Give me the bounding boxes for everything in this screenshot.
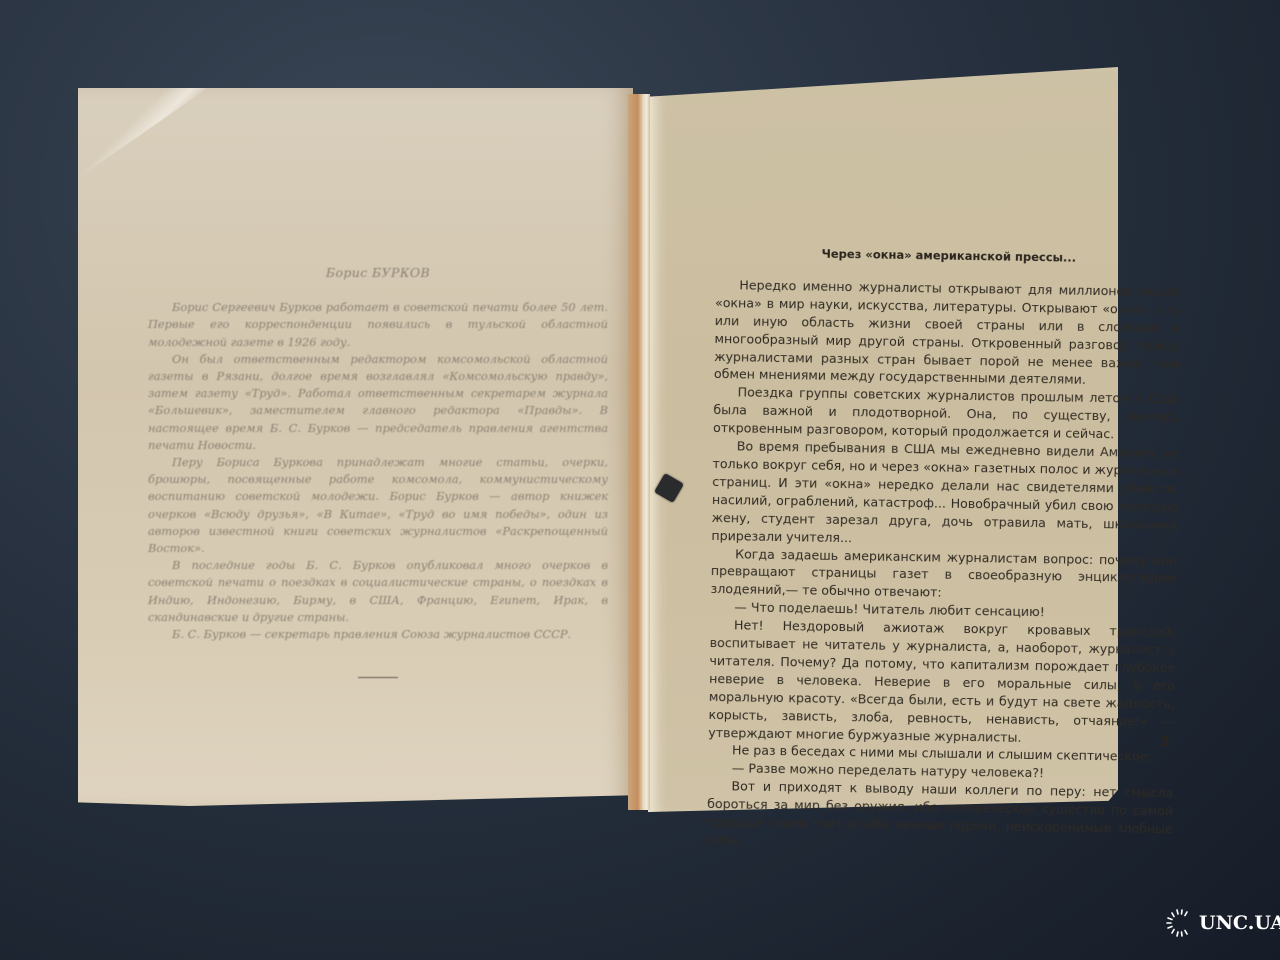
article-paragraph: Поездка группы советских журналистов про… <box>713 383 1180 444</box>
watermark-text: UNC.UA <box>1199 912 1280 934</box>
left-page-text: Борис БУРКОВ Борис Сергеевич Бурков рабо… <box>148 264 608 678</box>
watermark: UNC.UA <box>1165 905 1280 941</box>
article-paragraph: Нередко именно журналисты открывают для … <box>714 276 1182 391</box>
bio-paragraph: Он был ответственным редактором комсомол… <box>148 351 608 454</box>
page-number: 3 <box>1160 734 1170 750</box>
article-paragraph: Когда задаешь американским журналистам в… <box>710 544 1177 605</box>
bio-paragraph: Б. С. Бурков — секретарь правления Союза… <box>148 626 608 643</box>
bio-paragraph: В последние годы Б. С. Бурков опубликова… <box>148 557 608 626</box>
bio-paragraph: Борис Сергеевич Бурков работает в советс… <box>148 299 608 351</box>
article-paragraph: Во время пребывания в США мы ежедневно в… <box>711 437 1179 552</box>
section-divider <box>358 677 398 678</box>
sunburst-icon <box>1165 908 1195 938</box>
article-paragraph: Вот и приходят к выводу наши коллеги по … <box>706 777 1173 856</box>
bio-paragraph: Перу Бориса Буркова принадлежат многие с… <box>148 454 608 557</box>
author-heading: Борис БУРКОВ <box>148 264 608 281</box>
brochure-spine <box>628 94 650 810</box>
right-page-text: Через «окна» американской прессы... Нере… <box>706 244 1181 856</box>
article-paragraph: Нет! Нездоровый ажиотаж вокруг кровавых … <box>708 616 1176 749</box>
